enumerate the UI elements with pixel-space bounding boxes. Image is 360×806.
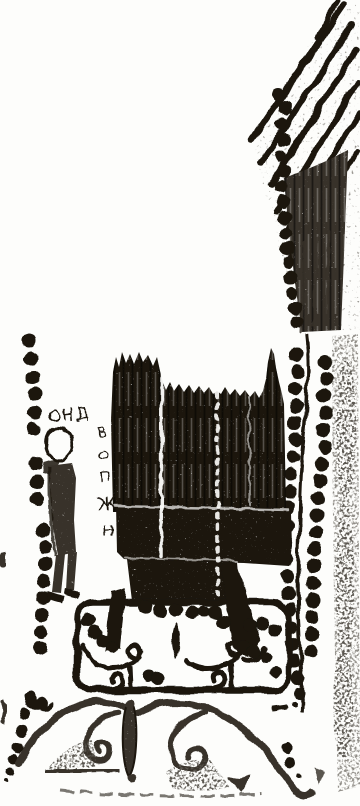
ink-dot <box>317 389 331 403</box>
ink-dot <box>283 257 295 269</box>
ink-dot <box>307 559 321 573</box>
ink-dot <box>36 523 50 537</box>
ink-dot <box>288 382 302 396</box>
ink-dot <box>217 615 231 629</box>
ink-dot <box>269 624 281 636</box>
ink-dot <box>35 608 49 622</box>
inscription-horizontal: ОНД <box>47 403 90 426</box>
ink-dot <box>277 164 291 178</box>
ink-dot <box>281 742 293 754</box>
ink-dot <box>320 372 334 386</box>
clasp-knob <box>128 774 137 783</box>
ink-dot <box>280 227 292 239</box>
ink-dot <box>33 641 47 655</box>
ink-dot <box>271 88 285 102</box>
ink-dot <box>24 352 38 366</box>
ink-dot <box>152 672 164 684</box>
ink-dot <box>308 542 322 556</box>
ink-dot <box>243 618 257 632</box>
figure-head <box>46 428 72 460</box>
seam-line <box>249 396 250 506</box>
ink-dot <box>313 474 327 488</box>
ink-dot <box>260 651 272 663</box>
texture-patch <box>336 360 356 500</box>
ink-dot <box>37 574 51 588</box>
ink-dot <box>311 491 325 505</box>
ink-dot <box>319 406 333 420</box>
ink-dot <box>310 508 324 522</box>
clasp-knob <box>126 700 135 709</box>
vertical-stroke <box>327 232 329 312</box>
ink-dot <box>316 423 330 437</box>
ink-dot <box>81 613 95 627</box>
ink-dot <box>26 422 40 436</box>
ink-dot <box>287 416 301 430</box>
ink-dot <box>28 405 42 419</box>
ink-dot <box>280 241 294 255</box>
ink-dot <box>26 370 40 384</box>
ink-dot <box>5 778 9 782</box>
ink-dot <box>277 133 291 147</box>
ink-dot <box>270 666 282 678</box>
edge-mark <box>0 552 5 567</box>
ink-dot <box>186 605 200 619</box>
ink-dot <box>22 334 36 348</box>
ink-dot <box>34 625 48 639</box>
ink-dot <box>277 195 291 209</box>
ink-dot <box>283 271 297 285</box>
leaf-baseline-left <box>46 770 120 772</box>
ink-dot <box>291 365 305 379</box>
ink-dot <box>318 355 332 369</box>
ink-dot <box>285 758 295 768</box>
ink-dot <box>247 644 261 658</box>
ink-dot <box>275 118 287 130</box>
ink-dot <box>289 433 303 447</box>
ink-dot <box>28 387 42 401</box>
ink-dot <box>16 725 28 737</box>
scroll-tick <box>130 667 131 687</box>
ink-dot <box>286 287 298 299</box>
ink-dot <box>256 617 270 631</box>
ink-dot <box>6 767 14 775</box>
ink-dot <box>318 440 332 454</box>
inscription-letter: О <box>97 448 109 465</box>
ink-dot <box>286 450 300 464</box>
ink-dot <box>309 525 323 539</box>
ink-dot <box>305 645 317 657</box>
ink-dot <box>305 627 319 641</box>
ink-dot <box>306 576 320 590</box>
ink-dot <box>297 774 301 778</box>
ink-dot <box>30 475 44 489</box>
ink-dot <box>280 569 294 583</box>
ink-dot <box>290 399 304 413</box>
ink-dot <box>291 316 303 328</box>
throne-band-upper <box>116 505 292 566</box>
ink-dot <box>106 641 118 653</box>
scroll-tick <box>231 665 232 685</box>
ink-dot <box>29 456 43 470</box>
drawing-svg: ОНД В О П Ж Н <box>0 0 360 806</box>
inscription-letter: Ж <box>97 493 118 515</box>
ink-dot <box>278 101 292 115</box>
ink-dot <box>275 181 287 193</box>
inscription-letter: П <box>99 470 110 487</box>
ink-dot <box>315 457 329 471</box>
ink-dot <box>275 150 287 162</box>
ink-dot <box>38 557 52 571</box>
ink-dot <box>292 702 298 708</box>
ink-dot <box>138 600 152 614</box>
ink-dot <box>305 610 319 624</box>
ink-dot <box>289 348 303 362</box>
texture-patch <box>336 500 354 670</box>
ink-dot <box>19 708 31 720</box>
texture-patch <box>333 650 353 760</box>
ink-dot <box>169 603 183 617</box>
ink-dot <box>153 604 167 618</box>
ink-dot <box>38 540 52 554</box>
seam-line <box>161 374 162 556</box>
ink-dot <box>30 492 44 506</box>
inscription-letter: Н <box>102 522 114 541</box>
ink-dot <box>284 467 298 481</box>
ink-dot <box>281 586 295 600</box>
inscription-letter: В <box>97 425 107 441</box>
ink-dot <box>306 593 320 607</box>
ink-dot <box>294 688 306 700</box>
ink-dot <box>277 211 291 225</box>
ink-dot <box>288 301 302 315</box>
manuscript-scan: ОНД В О П Ж Н <box>0 0 360 806</box>
ink-dot <box>198 605 210 617</box>
